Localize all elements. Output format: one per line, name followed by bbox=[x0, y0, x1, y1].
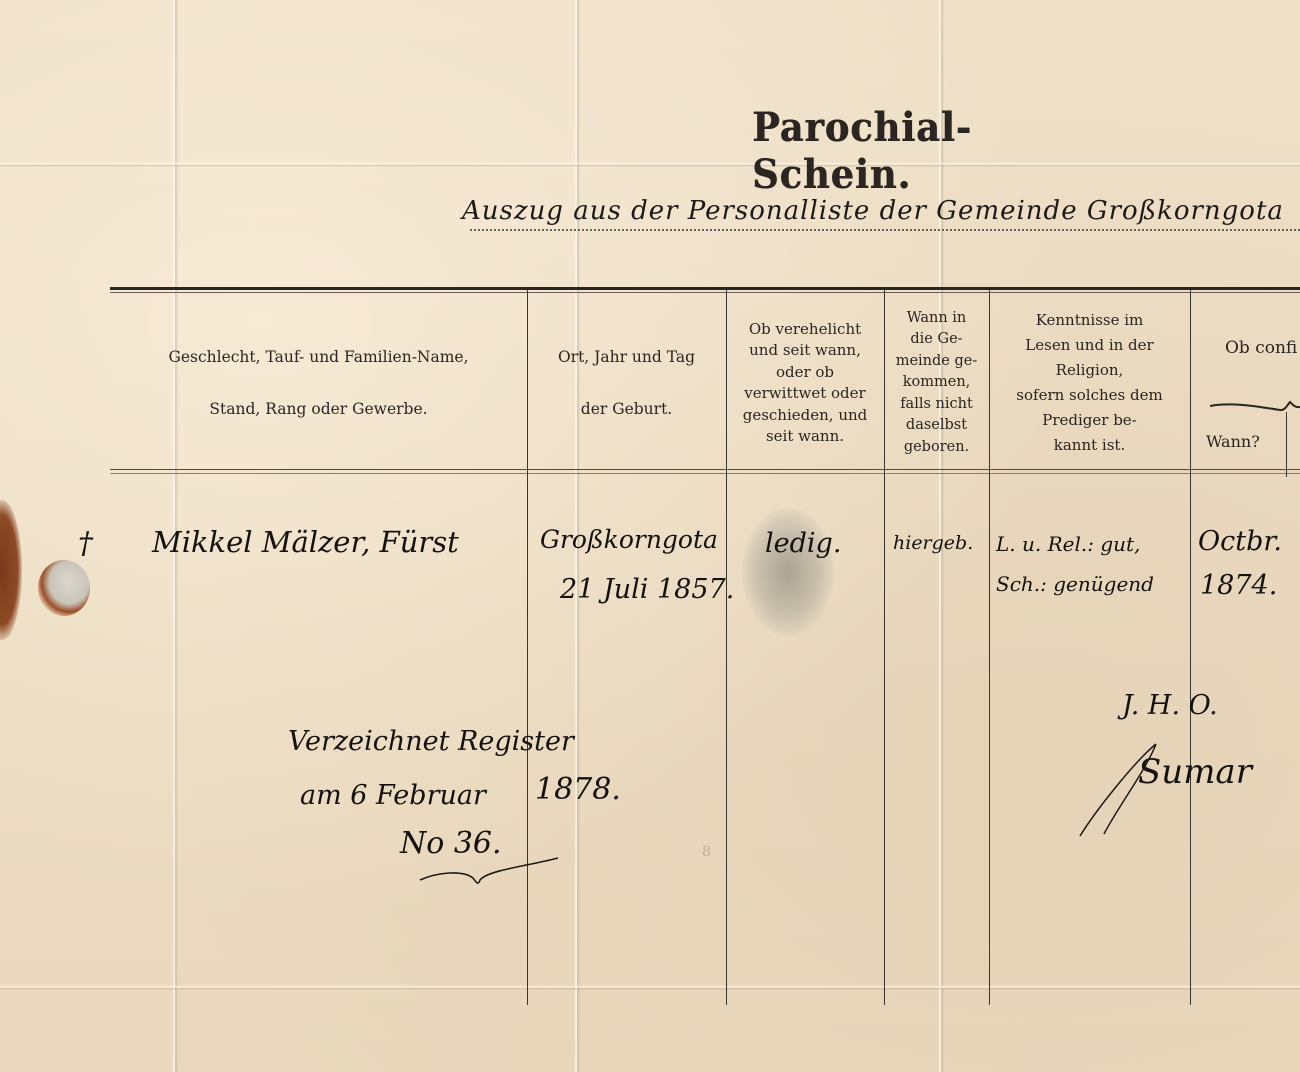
faint-stamp: 8 bbox=[702, 844, 711, 860]
column-subheader-when: Wann? bbox=[1206, 432, 1260, 451]
signature-initials: J. H. O. bbox=[1122, 690, 1218, 721]
entry-knowledge-writing: Sch.: genügend bbox=[996, 572, 1154, 596]
subtitle-handwritten: Auszug aus der Personalliste der Gemeind… bbox=[462, 196, 1300, 226]
column-header-label: Geschlecht, Tauf- und Familien-Name, Sta… bbox=[168, 344, 468, 422]
note-year: 1878. bbox=[535, 772, 621, 807]
column-header-label: Ob verehelicht und seit wann, oder ob ve… bbox=[743, 319, 868, 448]
column-header-label: Wann in die Ge- meinde ge- kommen, falls… bbox=[896, 308, 978, 459]
column-divider bbox=[1190, 290, 1191, 1005]
table-header-rule bbox=[110, 469, 1300, 470]
wax-stain bbox=[0, 500, 22, 640]
column-header-birth: Ort, Jahr und Tag der Geburt. bbox=[527, 298, 726, 468]
note-registered: Verzeichnet Register bbox=[288, 726, 574, 757]
column-header-name: Geschlecht, Tauf- und Familien-Name, Sta… bbox=[110, 298, 527, 468]
entry-knowledge-reading-religion: L. u. Rel.: gut, bbox=[996, 532, 1140, 556]
document-title: Parochial-Schein. bbox=[752, 104, 1120, 198]
entry-name: Mikkel Mälzer, Fürst bbox=[152, 525, 459, 559]
entry-arrival: hiergeb. bbox=[893, 532, 973, 554]
table-header-rule bbox=[110, 473, 1300, 474]
column-header-label: Kenntnisse im Lesen und in der Religion,… bbox=[1016, 308, 1162, 458]
column-header-arrival: Wann in die Ge- meinde ge- kommen, falls… bbox=[884, 298, 989, 468]
deceased-marker: † bbox=[78, 526, 93, 561]
entry-birth-place: Großkorngota bbox=[540, 525, 718, 554]
table-top-rule bbox=[110, 287, 1300, 290]
signature-flourish-icon bbox=[1076, 740, 1166, 840]
entry-confirmed-month: Octbr. bbox=[1198, 526, 1282, 557]
flourish-icon bbox=[418, 852, 563, 888]
column-header-label: Ort, Jahr und Tag der Geburt. bbox=[558, 344, 695, 422]
fold-line bbox=[0, 985, 1300, 990]
column-header-knowledge: Kenntnisse im Lesen und in der Religion,… bbox=[989, 298, 1190, 468]
subtitle-dotted-line bbox=[470, 229, 1300, 231]
entry-birth-date: 21 Juli 1857. bbox=[560, 574, 734, 605]
column-header-confirmed: Ob confi bbox=[1225, 338, 1297, 358]
entry-marital-status: ledig. bbox=[765, 528, 841, 559]
column-divider bbox=[1286, 412, 1287, 477]
note-date: am 6 Februar bbox=[300, 780, 486, 811]
entry-confirmed-year: 1874. bbox=[1200, 570, 1277, 601]
column-header-marital: Ob verehelicht und seit wann, oder ob ve… bbox=[726, 298, 884, 468]
wax-stain bbox=[38, 560, 90, 616]
table-top-rule bbox=[110, 292, 1300, 293]
